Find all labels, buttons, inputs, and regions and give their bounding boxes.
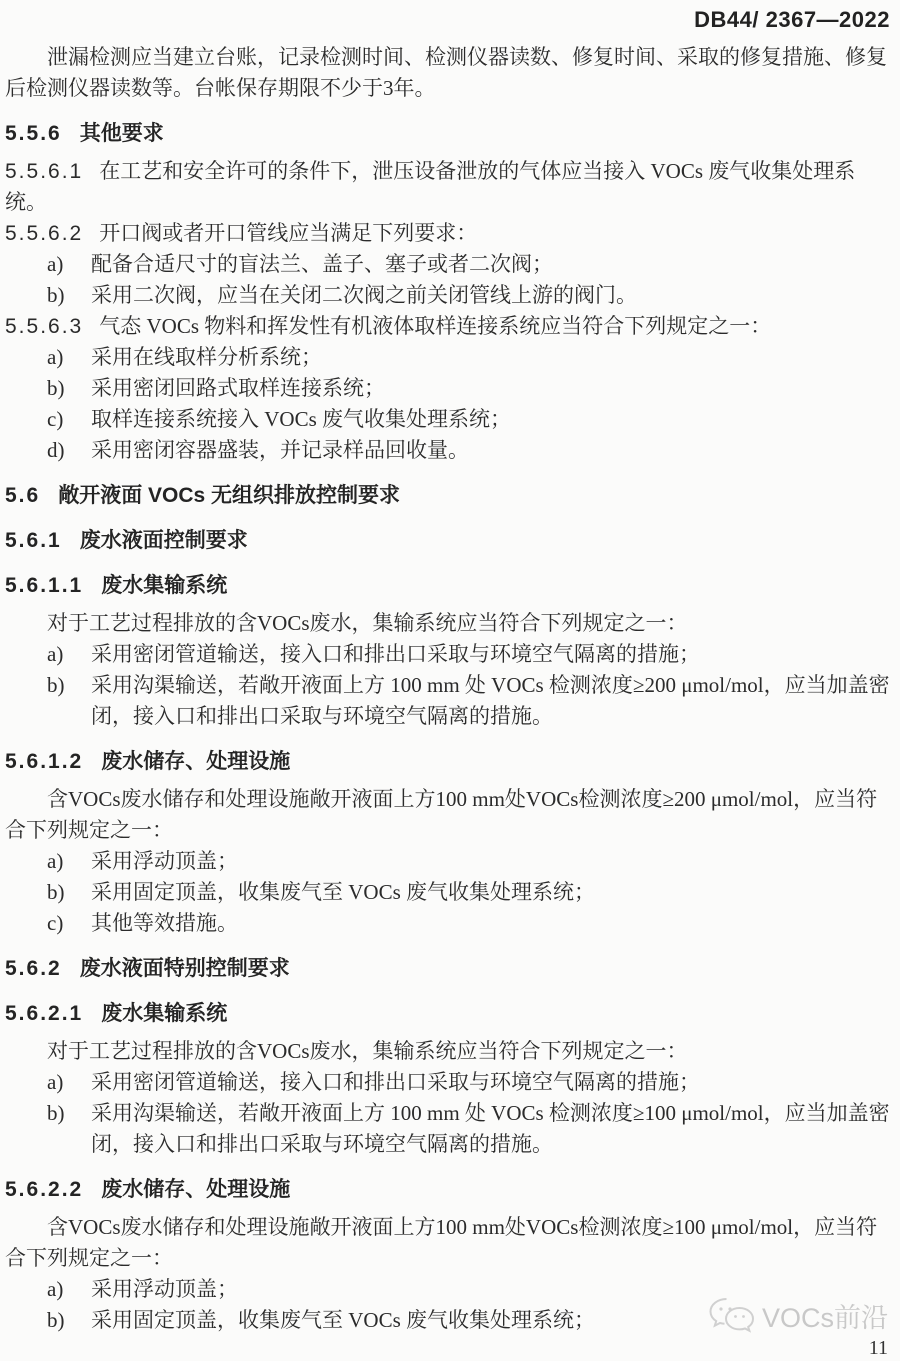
section-heading: 5.6敞开液面 VOCs 无组织排放控制要求 (5, 480, 895, 511)
list-item-label: c) (47, 404, 91, 435)
clause: 5.5.6.3气态 VOCs 物料和挥发性有机液体取样连接系统应当符合下列规定之… (5, 311, 895, 342)
list-item-label: a) (47, 249, 91, 280)
clause: 5.5.6.2开口阀或者开口管线应当满足下列要求： (5, 218, 895, 249)
list-item: b)采用二次阀，应当在关闭二次阀之前关闭管线上游的阀门。 (5, 280, 895, 311)
section-heading: 5.6.2.2废水储存、处理设施 (5, 1174, 895, 1205)
list-item-label: b) (47, 280, 91, 311)
list-item-text: 配备合适尺寸的盲法兰、盖子、塞子或者二次阀； (91, 249, 895, 280)
clause-number: 5.5.6.1 (5, 160, 83, 183)
heading-number: 5.6.1.1 (5, 574, 83, 597)
heading-title: 废水液面控制要求 (80, 529, 248, 552)
document-page: { "header": { "doc_code": "DB44/ 2367—20… (0, 0, 900, 1361)
list-item-label: c) (47, 908, 91, 939)
paragraph: 含VOCs废水储存和处理设施敞开液面上方100 mm处VOCs检测浓度≥200 … (5, 784, 895, 846)
list-item-text: 采用沟渠输送，若敞开液面上方 100 mm 处 VOCs 检测浓度≥100 μm… (91, 1098, 895, 1160)
heading-number: 5.6 (5, 484, 40, 507)
list-item-text: 采用浮动顶盖； (91, 846, 895, 877)
paragraph-text: 对于工艺过程排放的含VOCs废水，集输系统应当符合下列规定之一： (47, 611, 688, 635)
heading-number: 5.6.2 (5, 957, 62, 980)
wechat-icon (709, 1297, 755, 1335)
list-item-text: 采用密闭容器盛装，并记录样品回收量。 (91, 435, 895, 466)
list-item-label: b) (47, 1305, 91, 1336)
list-item: a)采用密闭管道输送，接入口和排出口采取与环境空气隔离的措施； (5, 1067, 895, 1098)
list-item: b)采用密闭回路式取样连接系统； (5, 373, 895, 404)
list-item: b)采用固定顶盖，收集废气至 VOCs 废气收集处理系统； (5, 877, 895, 908)
heading-title: 敞开液面 VOCs 无组织排放控制要求 (58, 484, 400, 507)
heading-title: 废水储存、处理设施 (101, 750, 290, 773)
list-item-label: b) (47, 670, 91, 732)
section-heading: 5.6.1.1废水集输系统 (5, 570, 895, 601)
list-item: a)采用在线取样分析系统； (5, 342, 895, 373)
heading-number: 5.6.1 (5, 529, 62, 552)
list-item-label: b) (47, 1098, 91, 1160)
heading-title: 废水集输系统 (101, 1002, 227, 1025)
document-body: 泄漏检测应当建立台账，记录检测时间、检测仪器读数、修复时间、采取的修复措施、修复… (0, 34, 900, 1336)
list-item-text: 采用二次阀，应当在关闭二次阀之前关闭管线上游的阀门。 (91, 280, 895, 311)
clause-text: 气态 VOCs 物料和挥发性有机液体取样连接系统应当符合下列规定之一： (99, 314, 771, 338)
list-item: c)其他等效措施。 (5, 908, 895, 939)
list-item: a)采用密闭管道输送，接入口和排出口采取与环境空气隔离的措施； (5, 639, 895, 670)
list-item-label: a) (47, 1274, 91, 1305)
list-item-label: d) (47, 435, 91, 466)
page-number: 11 (869, 1337, 888, 1360)
watermark-text: VOCs前沿 (762, 1296, 888, 1335)
section-heading: 5.6.2.1废水集输系统 (5, 998, 895, 1029)
section-heading: 5.6.2废水液面特别控制要求 (5, 953, 895, 984)
list-item-label: a) (47, 1067, 91, 1098)
list-item-label: a) (47, 342, 91, 373)
heading-title: 其他要求 (80, 122, 164, 145)
paragraph: 对于工艺过程排放的含VOCs废水，集输系统应当符合下列规定之一： (5, 1036, 895, 1067)
list-item-label: b) (47, 373, 91, 404)
list-item: b)采用沟渠输送，若敞开液面上方 100 mm 处 VOCs 检测浓度≥200 … (5, 670, 895, 732)
list-item-text: 采用固定顶盖，收集废气至 VOCs 废气收集处理系统； (91, 877, 895, 908)
standard-code: DB44/ 2367—2022 (694, 7, 890, 32)
paragraph-text: 对于工艺过程排放的含VOCs废水，集输系统应当符合下列规定之一： (47, 1039, 688, 1063)
list-item-label: a) (47, 639, 91, 670)
watermark: VOCs前沿 (709, 1296, 888, 1335)
list-item: c)取样连接系统接入 VOCs 废气收集处理系统； (5, 404, 895, 435)
list-item-text: 采用密闭管道输送，接入口和排出口采取与环境空气隔离的措施； (91, 1067, 895, 1098)
list-item: b)采用沟渠输送，若敞开液面上方 100 mm 处 VOCs 检测浓度≥100 … (5, 1098, 895, 1160)
list-item-text: 采用密闭回路式取样连接系统； (91, 373, 895, 404)
page-header: DB44/ 2367—2022 (0, 0, 900, 34)
section-heading: 5.6.1废水液面控制要求 (5, 525, 895, 556)
list-item: a)配备合适尺寸的盲法兰、盖子、塞子或者二次阀； (5, 249, 895, 280)
section-heading: 5.6.1.2废水储存、处理设施 (5, 746, 895, 777)
clause: 5.5.6.1在工艺和安全许可的条件下，泄压设备泄放的气体应当接入 VOCs 废… (5, 156, 895, 218)
heading-number: 5.6.2.2 (5, 1178, 83, 1201)
list-item-label: a) (47, 846, 91, 877)
list-item-text: 采用密闭管道输送，接入口和排出口采取与环境空气隔离的措施； (91, 639, 895, 670)
clause-text: 在工艺和安全许可的条件下，泄压设备泄放的气体应当接入 VOCs 废气收集处理系统… (5, 159, 855, 214)
paragraph: 对于工艺过程排放的含VOCs废水，集输系统应当符合下列规定之一： (5, 608, 895, 639)
list-item-label: b) (47, 877, 91, 908)
heading-title: 废水液面特别控制要求 (80, 957, 290, 980)
list-item: a)采用浮动顶盖； (5, 846, 895, 877)
list-item-text: 取样连接系统接入 VOCs 废气收集处理系统； (91, 404, 895, 435)
list-item-text: 采用沟渠输送，若敞开液面上方 100 mm 处 VOCs 检测浓度≥200 μm… (91, 670, 895, 732)
clause-number: 5.5.6.2 (5, 222, 83, 245)
clause-text: 开口阀或者开口管线应当满足下列要求： (99, 221, 477, 245)
heading-title: 废水集输系统 (101, 574, 227, 597)
paragraph-text: 含VOCs废水储存和处理设施敞开液面上方100 mm处VOCs检测浓度≥200 … (5, 787, 877, 842)
list-item: d)采用密闭容器盛装，并记录样品回收量。 (5, 435, 895, 466)
list-item-text: 其他等效措施。 (91, 908, 895, 939)
clause-number: 5.5.6.3 (5, 315, 83, 338)
paragraph-text: 含VOCs废水储存和处理设施敞开液面上方100 mm处VOCs检测浓度≥100 … (5, 1215, 877, 1270)
heading-number: 5.6.2.1 (5, 1002, 83, 1025)
heading-number: 5.5.6 (5, 122, 62, 145)
paragraph: 含VOCs废水储存和处理设施敞开液面上方100 mm处VOCs检测浓度≥100 … (5, 1212, 895, 1274)
heading-number: 5.6.1.2 (5, 750, 83, 773)
heading-title: 废水储存、处理设施 (101, 1178, 290, 1201)
section-heading: 5.5.6其他要求 (5, 118, 895, 149)
paragraph-text: 泄漏检测应当建立台账，记录检测时间、检测仪器读数、修复时间、采取的修复措施、修复… (5, 45, 887, 100)
list-item-text: 采用在线取样分析系统； (91, 342, 895, 373)
paragraph: 泄漏检测应当建立台账，记录检测时间、检测仪器读数、修复时间、采取的修复措施、修复… (5, 42, 895, 104)
